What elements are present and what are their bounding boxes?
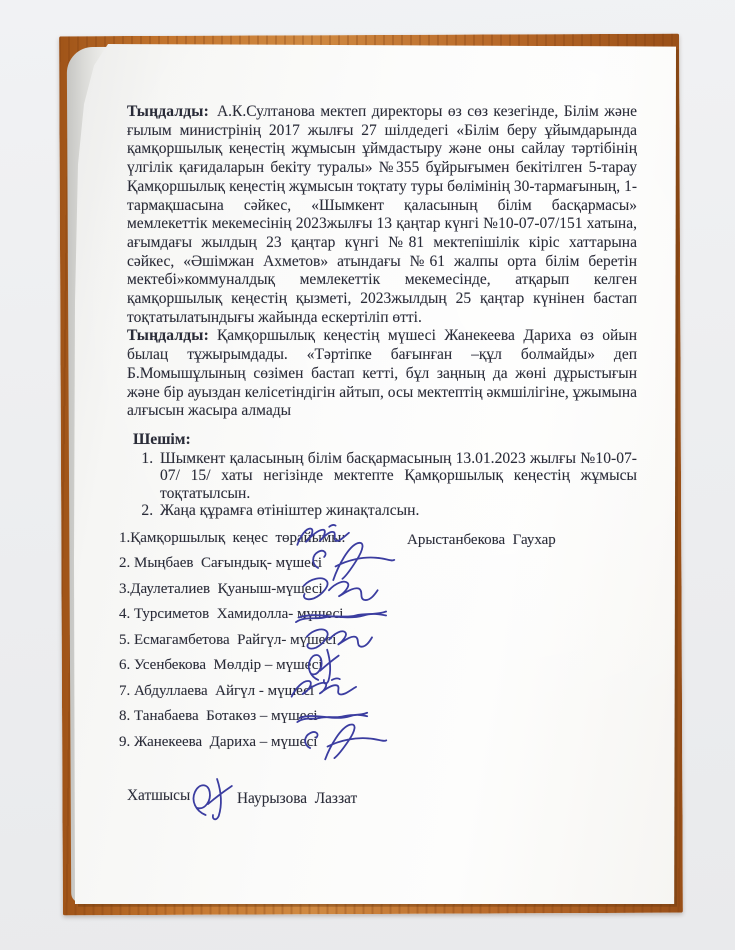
decision-heading: Шешім: (133, 431, 637, 449)
paragraph-label: Тыңдалды: (127, 103, 209, 120)
signatory-list: 1.Қамқоршылық кеңес төрайымы: Арыстанбек… (119, 530, 637, 760)
decision-item-1: Шымкент қаласының білім басқармасының 13… (157, 450, 637, 503)
secretary-row: Хатшысы Наурызова Лаззат (127, 787, 637, 813)
signatory-label: 9. Жанекеева Дариха – мүшесі (119, 734, 317, 750)
signatory-row-4: 4. Турсиметов Хамидолла- мүшесі (119, 606, 637, 632)
chairwoman-name: Арыстанбекова Гаухар (407, 532, 556, 549)
decision-item-2: Жаңа құрамға өтініштер жинақталсын. (157, 502, 637, 520)
paragraph-label: Тыңдалды: (127, 327, 209, 344)
scanned-document-photo: Тыңдалды:А.К.Султанова мектеп директоры … (0, 0, 735, 950)
secretary-name: Наурызова Лаззат (237, 790, 357, 808)
document-content: Тыңдалды:А.К.Султанова мектеп директоры … (127, 103, 637, 813)
signatory-row-6: 6. Усенбекова Мөлдір – мүшесі (119, 657, 637, 683)
document-page: Тыңдалды:А.К.Султанова мектеп директоры … (72, 44, 676, 904)
signatory-row-1: 1.Қамқоршылық кеңес төрайымы: Арыстанбек… (119, 530, 637, 556)
signatory-label: 4. Турсиметов Хамидолла- мүшесі (119, 606, 343, 622)
signatory-label: 6. Усенбекова Мөлдір – мүшесі (119, 657, 323, 673)
decision-list: Шымкент қаласының білім басқармасының 13… (127, 450, 637, 520)
paragraph-heard-1: Тыңдалды:А.К.Султанова мектеп директоры … (127, 103, 637, 327)
paragraph-heard-2: Тыңдалды:Қамқоршылық кеңестің мүшесі Жан… (127, 327, 637, 421)
secretary-label: Хатшысы (127, 787, 190, 804)
signatory-row-9: 9. Жанекеева Дариха – мүшесі (119, 734, 637, 760)
signatory-label: 8. Танабаева Ботакөз – мүшесі (119, 708, 318, 724)
signatory-label: 1.Қамқоршылық кеңес төрайымы: (119, 530, 346, 546)
signatory-label: 7. Абдуллаева Айгүл - мүшесі (119, 683, 314, 699)
signatory-label: 2. Мыңбаев Сағындық- мүшесі (119, 555, 322, 571)
signatory-row-5: 5. Есмагамбетова Райгүл- мүшесі (119, 632, 637, 658)
signatory-row-2: 2. Мыңбаев Сағындық- мүшесі (119, 555, 637, 581)
signatory-label: 3.Даулеталиев Қуаныш-мүшесі (119, 581, 323, 597)
signatory-label: 5. Есмагамбетова Райгүл- мүшесі (119, 632, 336, 648)
paragraph-text: А.К.Султанова мектеп директоры өз сөз ке… (127, 103, 637, 326)
signatory-row-7: 7. Абдуллаева Айгүл - мүшесі (119, 683, 637, 709)
signatory-row-3: 3.Даулеталиев Қуаныш-мүшесі (119, 581, 637, 607)
signatory-row-8: 8. Танабаева Ботакөз – мүшесі (119, 708, 637, 734)
